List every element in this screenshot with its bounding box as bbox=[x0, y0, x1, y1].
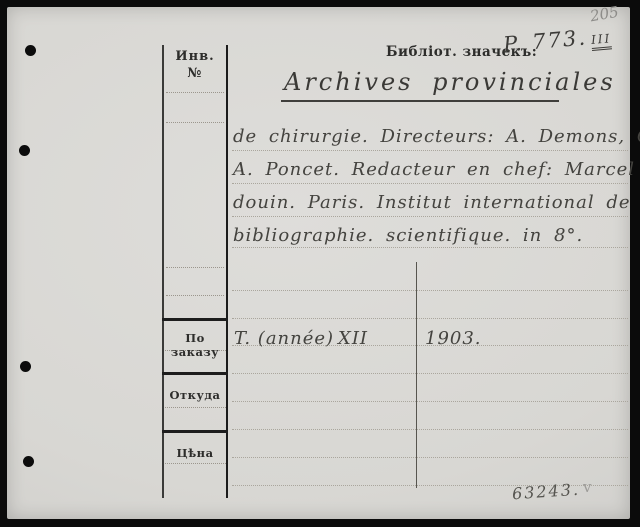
entry-line: de chirurgie. Directeurs: A. Demons, C. … bbox=[233, 126, 640, 147]
punch-hole bbox=[20, 361, 31, 372]
ruled-line bbox=[232, 457, 628, 458]
ruled-line bbox=[232, 150, 628, 151]
call-number-series: III bbox=[591, 31, 613, 51]
entry-line: A. Poncet. Redacteur en chef: Marcel Bau… bbox=[233, 159, 640, 180]
ruled-line bbox=[166, 295, 224, 296]
by-order-label: По заказу bbox=[163, 331, 227, 359]
punch-hole bbox=[25, 45, 36, 56]
inventory-number-label: Инв. № bbox=[163, 48, 227, 82]
title-underline bbox=[281, 100, 559, 102]
punch-hole bbox=[23, 456, 34, 467]
order-year-roman: XII bbox=[338, 328, 368, 349]
lower-divider-line bbox=[416, 262, 417, 488]
check-mark: v bbox=[583, 478, 591, 496]
column-separator bbox=[162, 318, 228, 321]
ruled-line bbox=[166, 122, 224, 123]
entry-line: bibliographie. scientifique. in 8°. bbox=[233, 225, 583, 246]
inventory-label-line1: Инв. bbox=[163, 48, 227, 65]
entry-title: Archives provinciales bbox=[284, 68, 616, 96]
ruled-line bbox=[232, 216, 628, 217]
ruled-line bbox=[232, 318, 628, 319]
ruled-line bbox=[232, 373, 628, 374]
order-volume: T. (année) bbox=[234, 328, 334, 349]
whence-label: Откуда bbox=[163, 388, 227, 402]
ruled-line bbox=[232, 183, 628, 184]
punch-hole bbox=[19, 145, 30, 156]
price-label: Цѣна bbox=[163, 446, 227, 460]
entry-line: douin. Paris. Institut international de bbox=[233, 192, 631, 213]
ruled-line bbox=[165, 463, 226, 464]
ruled-line bbox=[166, 92, 224, 93]
ruled-line bbox=[165, 407, 226, 408]
column-separator bbox=[162, 430, 228, 433]
ruled-line bbox=[232, 247, 628, 248]
ruled-line bbox=[232, 401, 628, 402]
scanned-catalog-card: Инв. № По заказу Откуда Цѣна Библіот. зн… bbox=[0, 0, 640, 527]
ruled-line bbox=[166, 267, 224, 268]
ruled-line bbox=[232, 290, 628, 291]
order-year: 1903. bbox=[425, 328, 482, 349]
column-separator bbox=[162, 372, 228, 375]
ruled-line bbox=[232, 429, 628, 430]
inventory-label-line2: № bbox=[163, 65, 227, 82]
